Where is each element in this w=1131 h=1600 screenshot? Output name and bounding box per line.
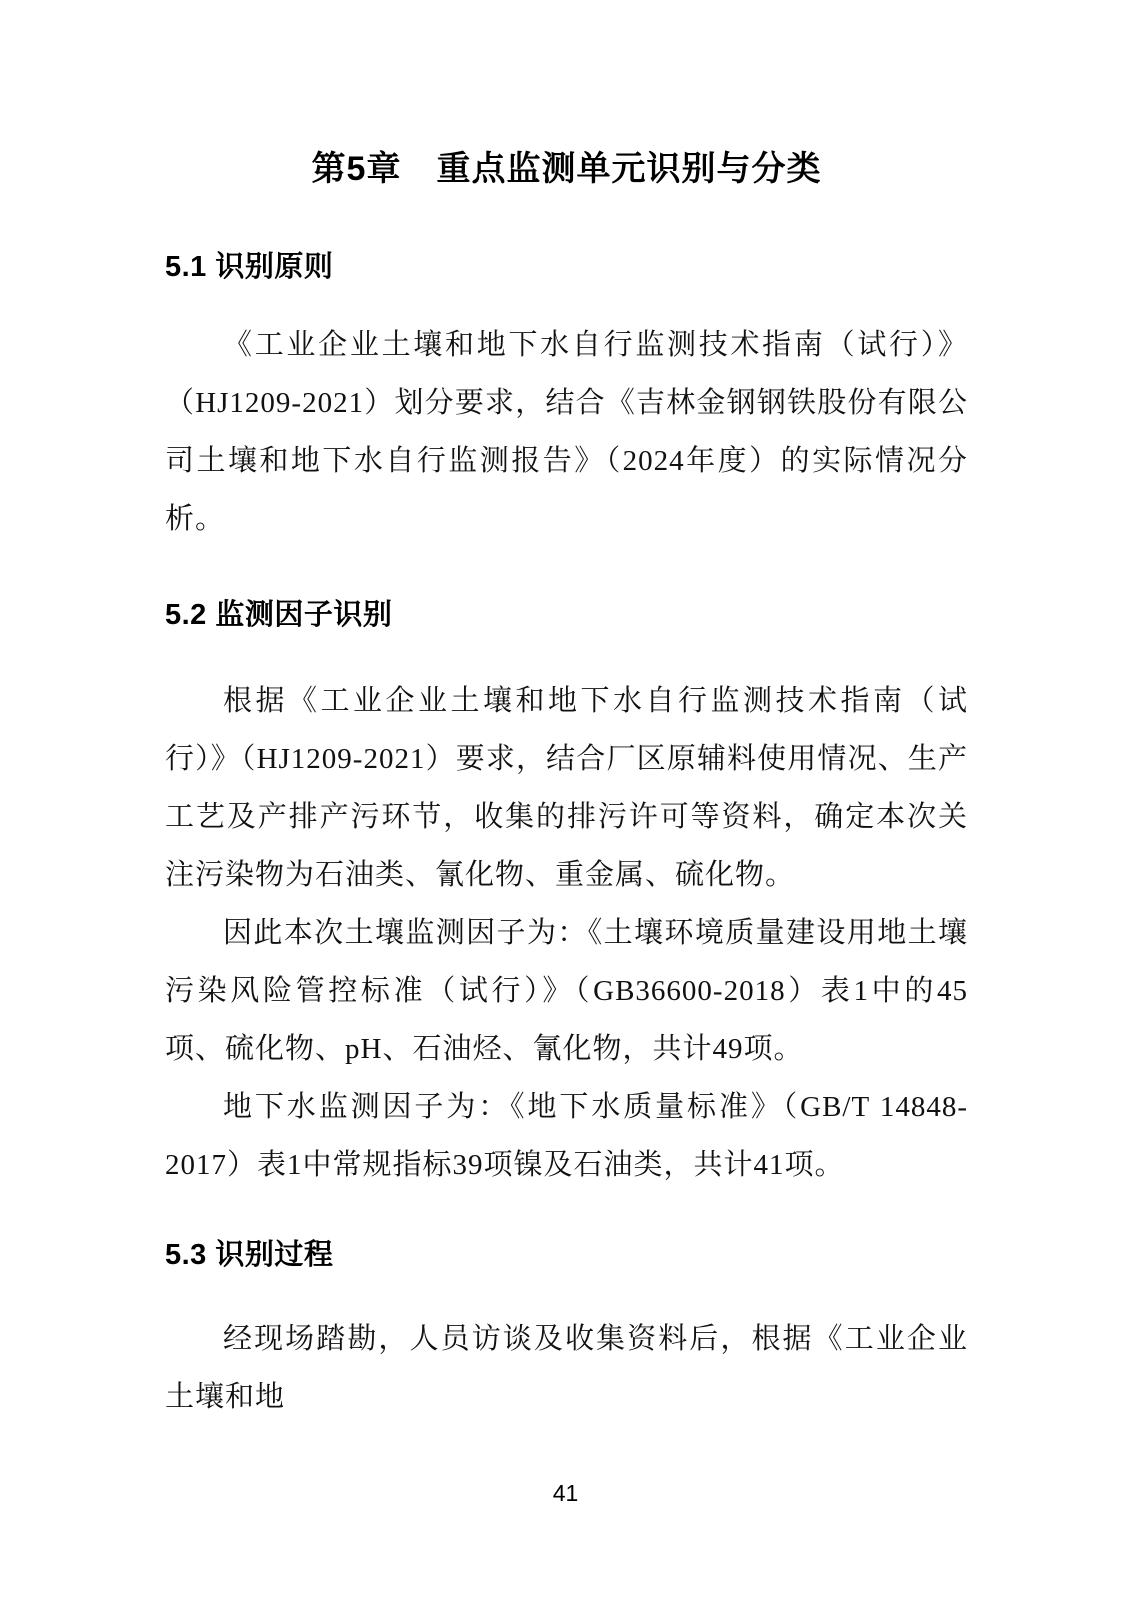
- section-heading-5-3: 5.3 识别过程: [165, 1240, 968, 1270]
- page-content: 第5章 重点监测单元识别与分类 5.1 识别原则 《工业企业土壤和地下水自行监测…: [0, 0, 1131, 1426]
- paragraph-5-2-3: 地下水监测因子为：《地下水质量标准》（GB/T 14848-2017）表1中常规…: [165, 1078, 968, 1194]
- paragraph-5-1-1: 《工业企业土壤和地下水自行监测技术指南（试行）》（HJ1209-2021）划分要…: [165, 316, 968, 548]
- chapter-title: 第5章 重点监测单元识别与分类: [165, 148, 968, 190]
- paragraph-5-3-1: 经现场踏勘，人员访谈及收集资料后，根据《工业企业土壤和地: [165, 1310, 968, 1426]
- paragraph-5-2-2: 因此本次土壤监测因子为：《土壤环境质量建设用地土壤污染风险管控标准（试行）》（G…: [165, 904, 968, 1078]
- paragraph-5-2-1: 根据《工业企业土壤和地下水自行监测技术指南（试行）》（HJ1209-2021）要…: [165, 672, 968, 904]
- section-heading-5-2: 5.2 监测因子识别: [165, 600, 968, 630]
- document-page: 第5章 重点监测单元识别与分类 5.1 识别原则 《工业企业土壤和地下水自行监测…: [0, 0, 1131, 1600]
- page-number: 41: [0, 1478, 1131, 1508]
- section-heading-5-1: 5.1 识别原则: [165, 252, 968, 282]
